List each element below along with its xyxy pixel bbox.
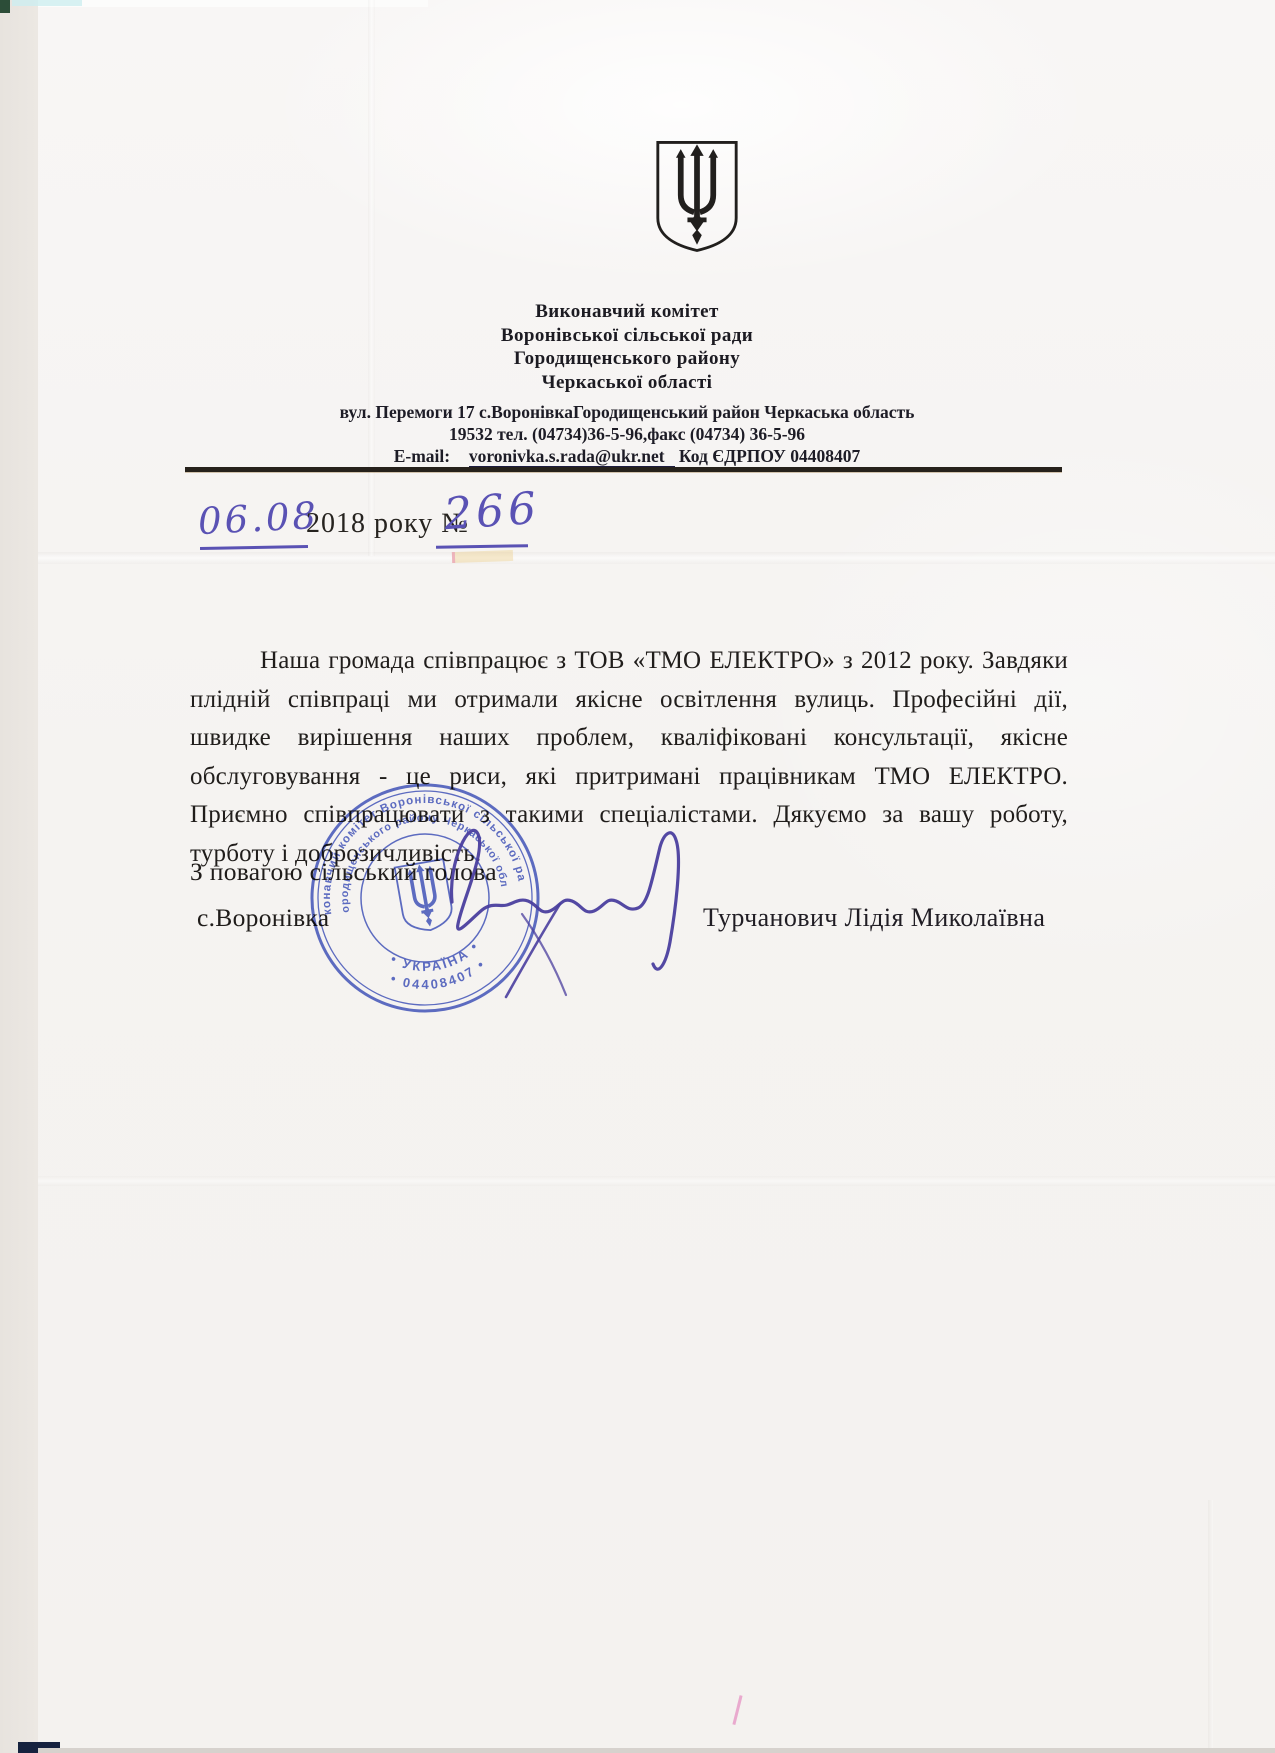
scan-artifact-top	[12, 0, 82, 6]
org-line-4: Черкаської області	[188, 371, 1066, 395]
signatory-name: Турчанович Лідія Миколаївна	[703, 903, 1045, 933]
handwritten-number: 266	[442, 483, 541, 541]
org-line-2: Воронівської сільської ради	[188, 324, 1066, 348]
letterhead-org-block: Виконавчий комітет Воронівської сільсько…	[188, 300, 1066, 394]
email-address: voronivka.s.rada@ukr.net	[469, 446, 675, 468]
ukraine-trident-icon	[654, 139, 740, 253]
address-line: вул. Перемоги 17 с.ВоронівкаГородищенськ…	[148, 401, 1106, 423]
scan-artifact-corner	[0, 0, 10, 13]
org-line-3: Городищенського району	[188, 347, 1066, 371]
paper-edge	[38, 0, 428, 7]
scan-smudge	[452, 550, 513, 563]
org-line-1: Виконавчий комітет	[188, 300, 1066, 324]
email-line: E-mail: voronivka.s.rada@ukr.net Код ЄДР…	[148, 445, 1106, 467]
letterhead-address-block: вул. Перемоги 17 с.ВоронівкаГородищенськ…	[148, 401, 1106, 467]
email-label: E-mail:	[394, 446, 450, 466]
signature-scrawl	[430, 790, 730, 1015]
scanner-margin	[0, 0, 38, 1753]
edrpou-code: Код ЄДРПОУ 04408407	[679, 446, 860, 466]
handwritten-date: 06.08	[197, 494, 320, 543]
scanned-letter-page: Виконавчий комітет Воронівської сільсько…	[0, 0, 1275, 1753]
phone-line: 19532 тел. (04734)36-5-96,факс (04734) 3…	[148, 423, 1106, 445]
letterhead-divider-rule	[185, 467, 1062, 472]
paper-bottom-edge	[38, 1748, 1275, 1753]
